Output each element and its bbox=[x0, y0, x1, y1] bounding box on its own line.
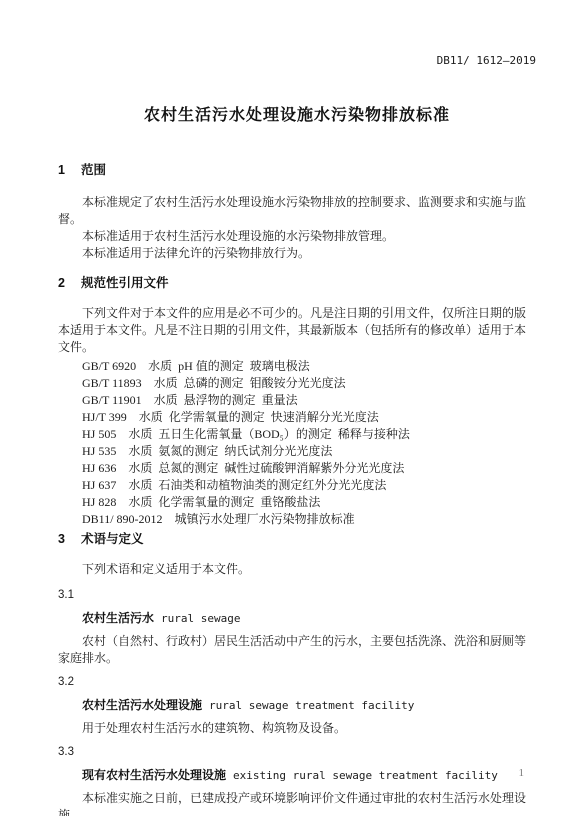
reference-title: 水质 总磷的测定 钼酸铵分光光度法 bbox=[154, 376, 346, 390]
reference-title: 水质 化学需氧量的测定 快速消解分光光度法 bbox=[139, 410, 379, 424]
reference-item: HJ 637水质 石油类和动植物油类的测定红外分光光度法 bbox=[58, 477, 536, 494]
section-references-heading: 2规范性引用文件 bbox=[58, 276, 536, 291]
page-number: 1 bbox=[519, 767, 525, 780]
reference-item: HJ/T 399水质 化学需氧量的测定 快速消解分光光度法 bbox=[58, 409, 536, 426]
reference-title: 城镇污水处理厂水污染物排放标准 bbox=[175, 512, 355, 526]
term-name: 现有农村生活污水处理设施existing rural sewage treatm… bbox=[58, 767, 536, 784]
section-terms-number: 3 bbox=[58, 532, 65, 547]
section-references-title: 规范性引用文件 bbox=[81, 276, 169, 290]
document-title: 农村生活污水处理设施水污染物排放标准 bbox=[58, 105, 536, 127]
reference-title: 水质 氨氮的测定 纳氏试剂分光光度法 bbox=[128, 444, 332, 458]
term-name-zh: 农村生活污水处理设施 bbox=[82, 698, 202, 712]
paragraph: 本标准适用于农村生活污水处理设施的水污染物排放管理。 bbox=[58, 228, 536, 245]
reference-title: 水质 悬浮物的测定 重量法 bbox=[154, 393, 298, 407]
term-name-zh: 农村生活污水 bbox=[82, 611, 154, 625]
reference-item: DB11/ 890-2012城镇污水处理厂水污染物排放标准 bbox=[58, 511, 536, 528]
reference-code: GB/T 11901 bbox=[82, 392, 142, 409]
section-terms-title: 术语与定义 bbox=[81, 532, 144, 546]
terms-intro: 下列术语和定义适用于本文件。 bbox=[58, 561, 536, 578]
document-page: DB11/ 1612—2019 农村生活污水处理设施水污染物排放标准 1范围 本… bbox=[0, 0, 586, 816]
section-references-number: 2 bbox=[58, 276, 65, 291]
reference-item: GB/T 11901水质 悬浮物的测定 重量法 bbox=[58, 392, 536, 409]
section-scope: 1范围 本标准规定了农村生活污水处理设施水污染物排放的控制要求、监测要求和实施与… bbox=[58, 163, 536, 262]
reference-code: DB11/ 890-2012 bbox=[82, 511, 163, 528]
term-name-en: rural sewage treatment facility bbox=[209, 699, 414, 712]
term-definition: 农村（自然村、行政村）居民生活活动中产生的污水，主要包括洗涤、洗浴和厨厕等家庭排… bbox=[58, 633, 536, 667]
reference-item: HJ 828水质 化学需氧量的测定 重铬酸盐法 bbox=[58, 494, 536, 511]
section-scope-heading: 1范围 bbox=[58, 163, 536, 178]
reference-list: GB/T 6920水质 pH 值的测定 玻璃电极法 GB/T 11893水质 总… bbox=[58, 358, 536, 528]
term-name: 农村生活污水处理设施rural sewage treatment facilit… bbox=[58, 697, 536, 714]
reference-code: GB/T 6920 bbox=[82, 358, 136, 375]
reference-title: 水质 五日生化需氧量（BOD₅）的测定 稀释与接种法 bbox=[128, 427, 410, 441]
term-name-en: rural sewage bbox=[161, 612, 240, 625]
term-name-en: existing rural sewage treatment facility bbox=[233, 769, 498, 782]
section-terms-definitions: 3术语与定义 下列术语和定义适用于本文件。 3.1 农村生活污水rural se… bbox=[58, 532, 536, 816]
section-scope-body: 本标准规定了农村生活污水处理设施水污染物排放的控制要求、监测要求和实施与监督。 … bbox=[58, 194, 536, 262]
references-intro: 下列文件对于本文件的应用是必不可少的。凡是注日期的引用文件，仅所注日期的版本适用… bbox=[58, 305, 536, 356]
section-scope-number: 1 bbox=[58, 163, 65, 178]
reference-title: 水质 总氮的测定 碱性过硫酸钾消解紫外分光光度法 bbox=[128, 461, 404, 475]
reference-code: HJ 637 bbox=[82, 477, 116, 494]
term-entry-3-1: 3.1 农村生活污水rural sewage 农村（自然村、行政村）居民生活活动… bbox=[58, 588, 536, 667]
paragraph: 本标准适用于法律允许的污染物排放行为。 bbox=[58, 245, 536, 262]
reference-title: 水质 石油类和动植物油类的测定红外分光光度法 bbox=[128, 478, 386, 492]
reference-item: HJ 636水质 总氮的测定 碱性过硫酸钾消解紫外分光光度法 bbox=[58, 460, 536, 477]
term-number: 3.3 bbox=[58, 745, 536, 760]
section-terms-heading: 3术语与定义 bbox=[58, 532, 536, 547]
reference-item: GB/T 6920水质 pH 值的测定 玻璃电极法 bbox=[58, 358, 536, 375]
paragraph: 本标准规定了农村生活污水处理设施水污染物排放的控制要求、监测要求和实施与监督。 bbox=[58, 194, 536, 228]
reference-code: HJ 636 bbox=[82, 460, 116, 477]
reference-title: 水质 化学需氧量的测定 重铬酸盐法 bbox=[128, 495, 320, 509]
term-name-zh: 现有农村生活污水处理设施 bbox=[82, 768, 226, 782]
reference-code: HJ 535 bbox=[82, 443, 116, 460]
section-normative-references: 2规范性引用文件 下列文件对于本文件的应用是必不可少的。凡是注日期的引用文件，仅… bbox=[58, 276, 536, 528]
term-entry-3-2: 3.2 农村生活污水处理设施rural sewage treatment fac… bbox=[58, 675, 536, 737]
term-definition: 用于处理农村生活污水的建筑物、构筑物及设备。 bbox=[58, 720, 536, 737]
reference-code: HJ 828 bbox=[82, 494, 116, 511]
reference-item: GB/T 11893水质 总磷的测定 钼酸铵分光光度法 bbox=[58, 375, 536, 392]
reference-code: HJ 505 bbox=[82, 426, 116, 443]
reference-item: HJ 535水质 氨氮的测定 纳氏试剂分光光度法 bbox=[58, 443, 536, 460]
reference-code: GB/T 11893 bbox=[82, 375, 142, 392]
term-definition: 本标准实施之日前，已建成投产或环境影响评价文件通过审批的农村生活污水处理设施。 bbox=[58, 790, 536, 816]
section-scope-title: 范围 bbox=[81, 163, 106, 177]
term-entry-3-3: 3.3 现有农村生活污水处理设施existing rural sewage tr… bbox=[58, 745, 536, 816]
reference-item: HJ 505水质 五日生化需氧量（BOD₅）的测定 稀释与接种法 bbox=[58, 426, 536, 443]
reference-title: 水质 pH 值的测定 玻璃电极法 bbox=[148, 359, 310, 373]
reference-code: HJ/T 399 bbox=[82, 409, 127, 426]
term-name: 农村生活污水rural sewage bbox=[58, 610, 536, 627]
term-number: 3.2 bbox=[58, 675, 536, 690]
doc-number: DB11/ 1612—2019 bbox=[58, 0, 536, 67]
term-number: 3.1 bbox=[58, 588, 536, 603]
